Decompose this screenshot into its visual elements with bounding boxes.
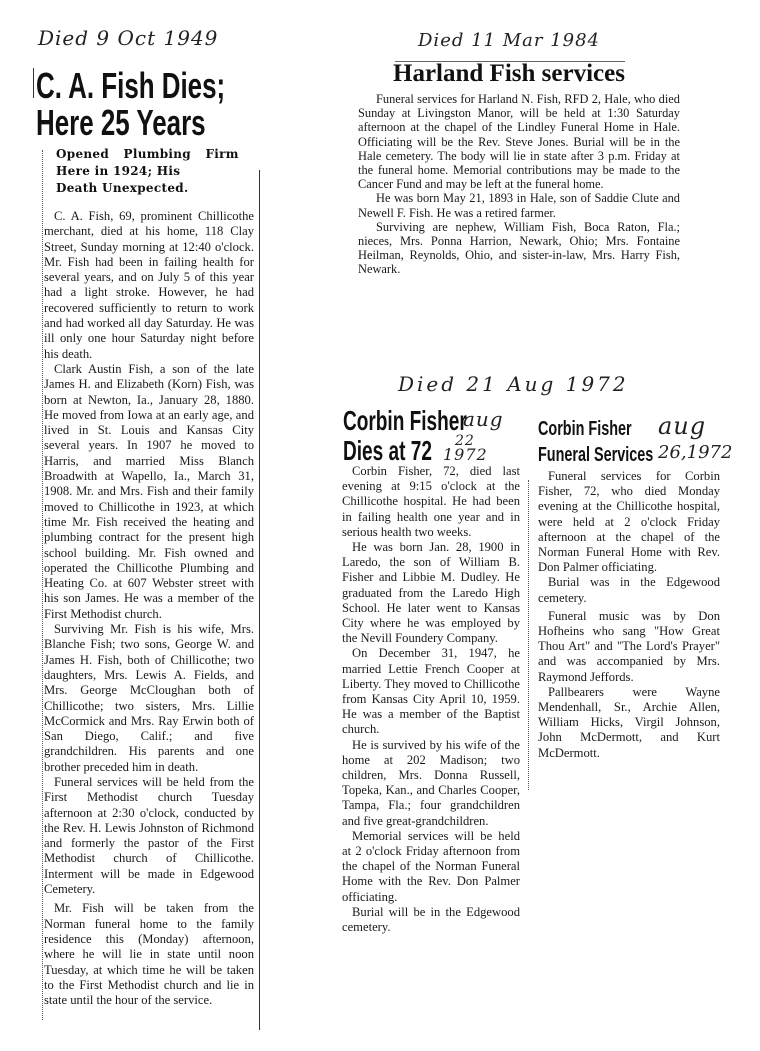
paragraph: He was born May 21, 1893 in Hale, son of…: [358, 191, 680, 219]
paragraph: C. A. Fish, 69, prominent Chillicothe me…: [44, 209, 254, 362]
paragraph: Funeral services for Harland N. Fish, RF…: [358, 92, 680, 191]
headline-line2: Here 25 Years: [36, 102, 206, 144]
paragraph: On December 31, 1947, he married Lettie …: [342, 646, 520, 737]
handwritten-note-aug: aug: [658, 412, 706, 440]
headline-line1: Corbin Fisher: [538, 418, 632, 441]
clip-border-left: [33, 68, 34, 98]
handwritten-note-date: 26,1972: [658, 442, 732, 463]
handwritten-note-aug: aug: [463, 407, 504, 431]
handwritten-date-1984: Died 11 Mar 1984: [418, 30, 600, 51]
obituary-body-corbin-fisher: Corbin Fisher, 72, died last evening at …: [342, 464, 520, 935]
headline-line2: Dies at 72: [343, 435, 432, 467]
paragraph: He was born Jan. 28, 1900 in Laredo, the…: [342, 540, 520, 646]
handwritten-date-1949: Died 9 Oct 1949: [38, 26, 218, 50]
handwritten-note-year: 1972: [443, 445, 488, 464]
paragraph: Funeral services for Corbin Fisher, 72, …: [538, 469, 720, 575]
paragraph: Burial will be in the Edgewood cemetery.: [342, 905, 520, 935]
obituary-body-ca-fish: C. A. Fish, 69, prominent Chillicothe me…: [44, 209, 254, 1008]
headline-line1: Corbin Fisher: [343, 405, 467, 437]
deck-line1: Opened Plumbing Firm: [56, 146, 256, 163]
paragraph: Memorial services will be held at 2 o'cl…: [342, 829, 520, 905]
paragraph: Clark Austin Fish, a son of the late Jam…: [44, 362, 254, 622]
deck-line3: Death Unexpected.: [56, 180, 256, 197]
paragraph: Mr. Fish will be taken from the Norman f…: [44, 901, 254, 1008]
deck-line2: Here in 1924; His: [56, 163, 256, 180]
obituary-body-corbin-fisher-services: Funeral services for Corbin Fisher, 72, …: [538, 469, 720, 761]
clip-border-right: [259, 170, 260, 1030]
paragraph: Pallbearers were Wayne Mendenhall, Sr., …: [538, 685, 720, 761]
headline-line2: Funeral Services: [538, 444, 653, 467]
subheadline-deck: Opened Plumbing Firm Here in 1924; His D…: [56, 146, 256, 197]
paragraph: Funeral services will be held from the F…: [44, 775, 254, 897]
headline: Harland Fish services: [393, 60, 625, 88]
handwritten-date-1972: Died 21 Aug 1972: [398, 372, 629, 396]
paragraph: He is survived by his wife of the home a…: [342, 738, 520, 829]
clip-divider-dotted: [528, 480, 529, 790]
paragraph: Corbin Fisher, 72, died last evening at …: [342, 464, 520, 540]
paragraph: Surviving are nephew, William Fish, Boca…: [358, 220, 680, 277]
paragraph: Funeral music was by Don Hofheins who sa…: [538, 609, 720, 685]
headline-line1: C. A. Fish Dies;: [36, 65, 225, 107]
paragraph: Burial was in the Edgewood cemetery.: [538, 575, 720, 605]
clip-border-left-dotted: [42, 150, 43, 1020]
obituary-body-harland-fish: Funeral services for Harland N. Fish, RF…: [358, 92, 680, 277]
paragraph: Surviving Mr. Fish is his wife, Mrs. Bla…: [44, 622, 254, 775]
